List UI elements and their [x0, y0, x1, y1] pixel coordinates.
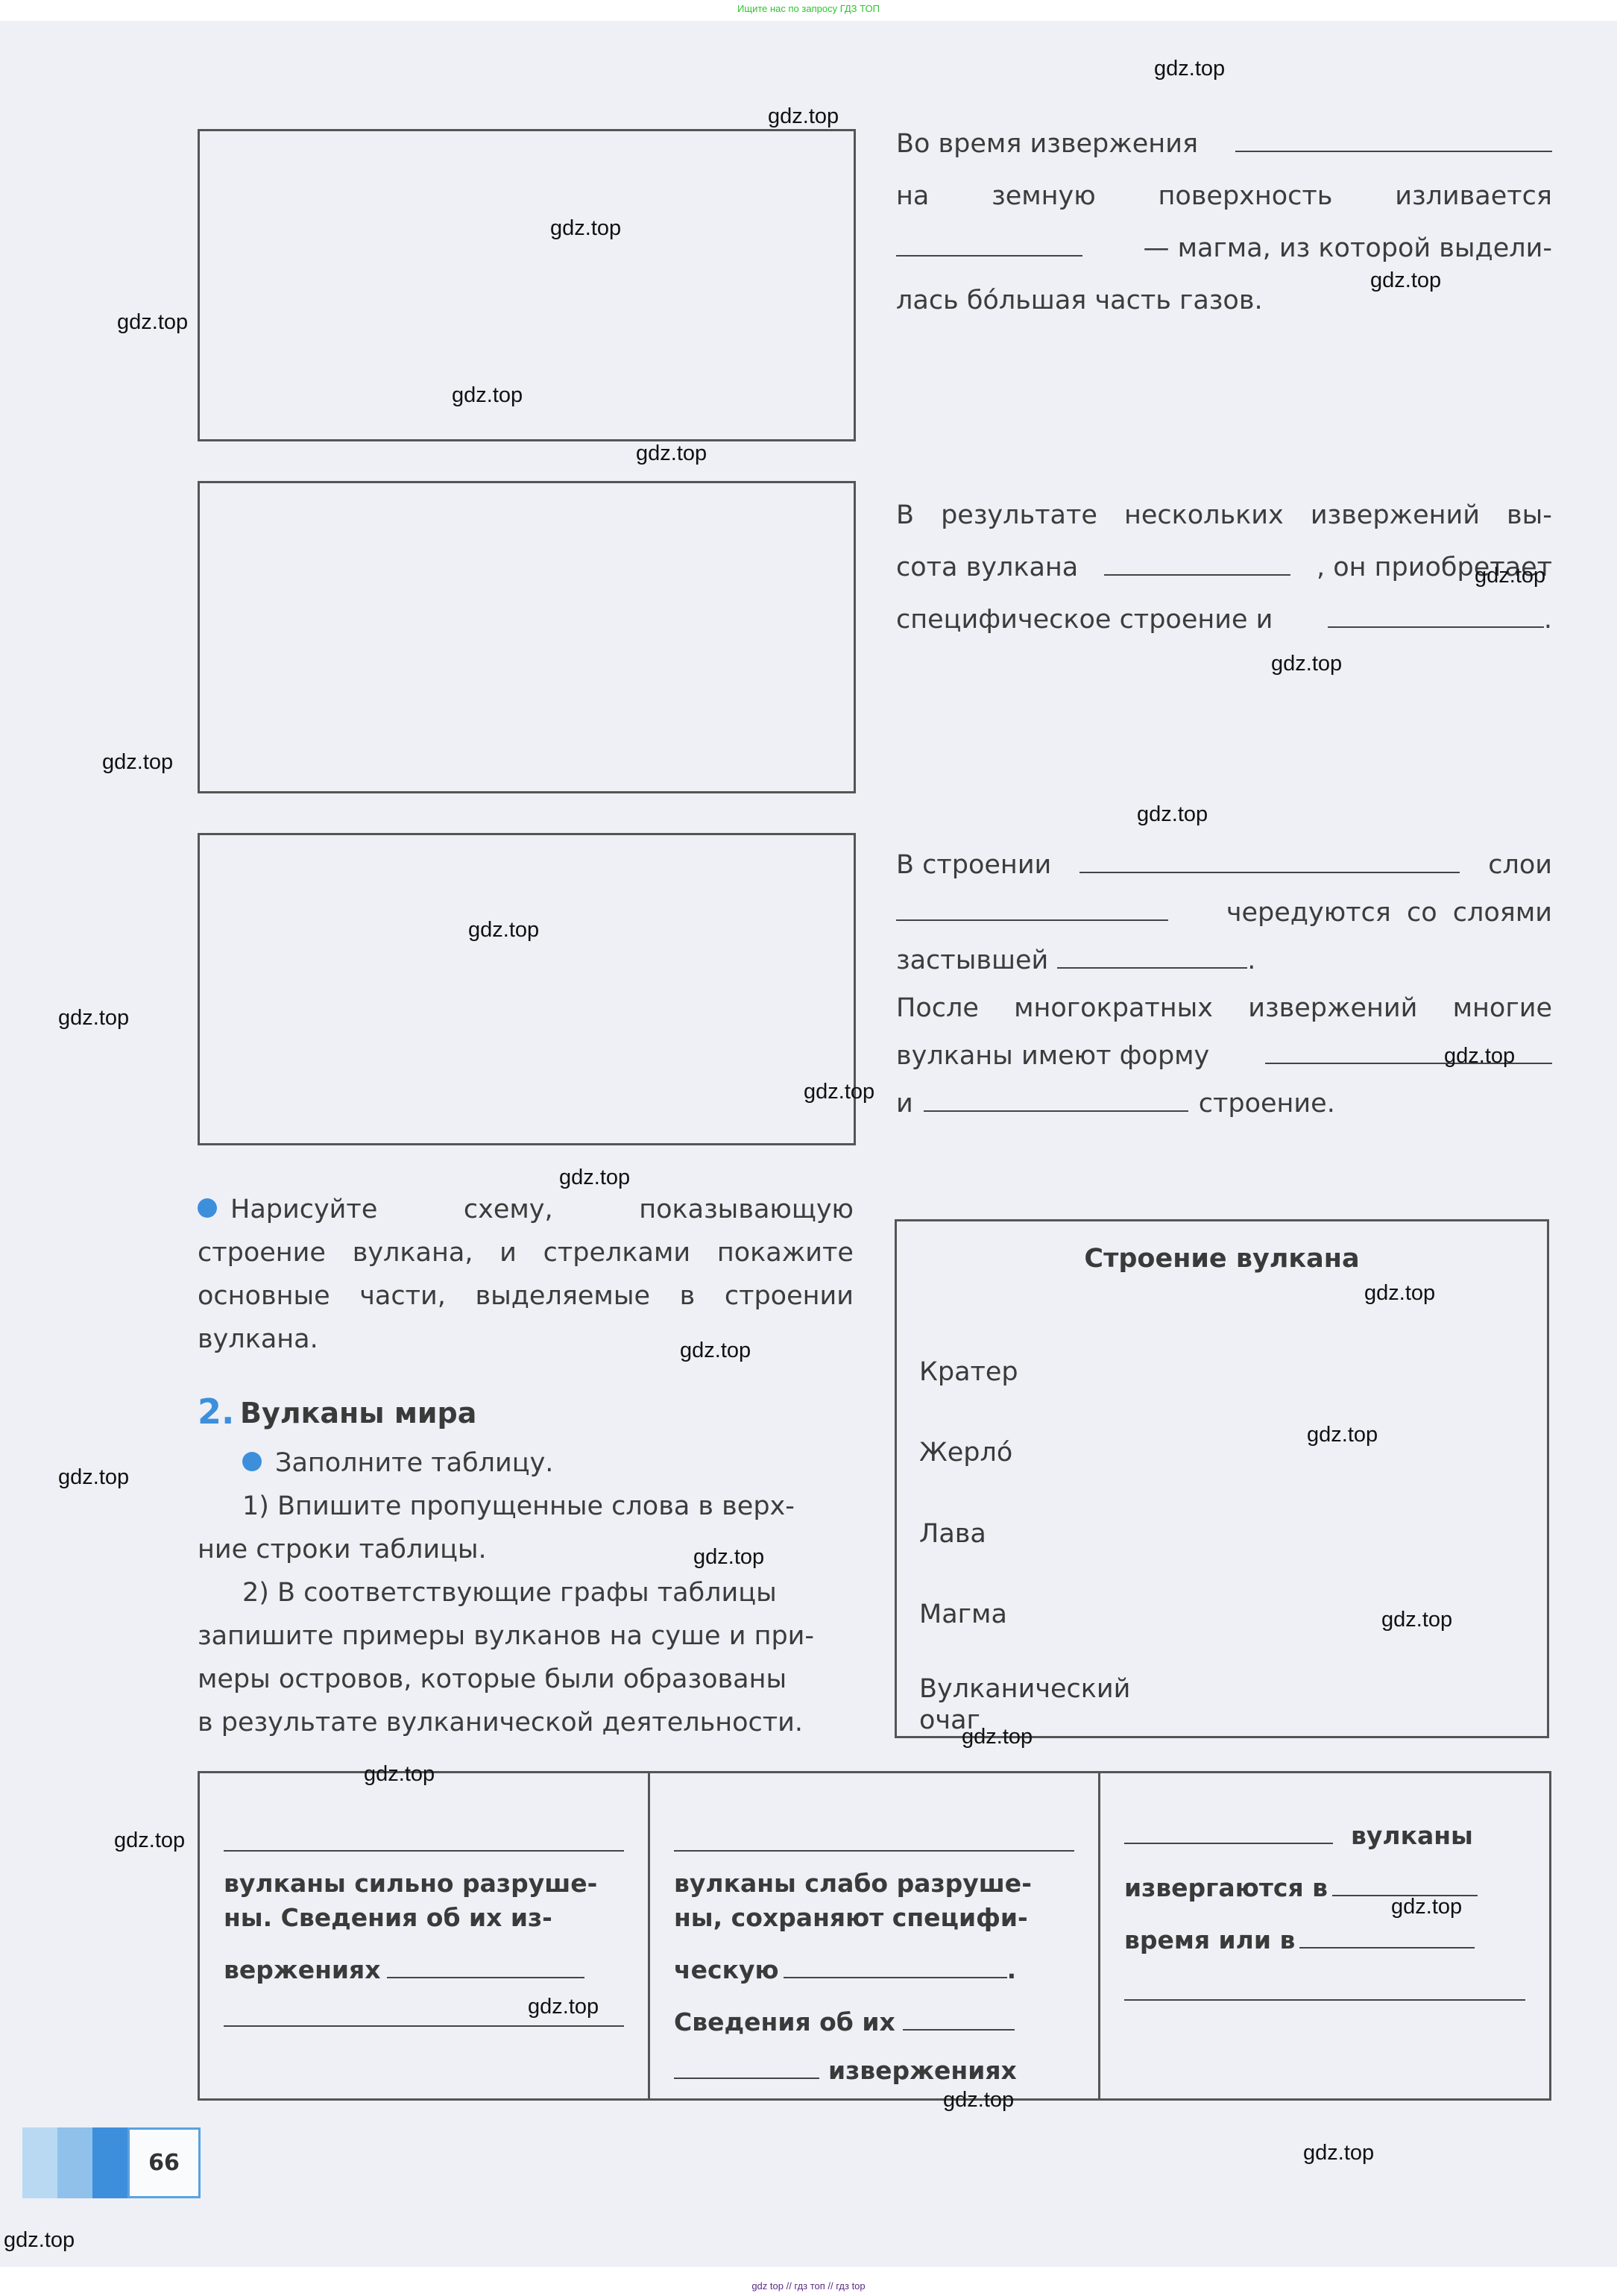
text-word: строение.: [1199, 1080, 1335, 1127]
step2-line1: 2) В соответствующие графы таблицы: [198, 1571, 854, 1614]
text-line: специфическое строение и: [896, 594, 1273, 646]
volcano-structure-title: Строение вулкана: [897, 1244, 1547, 1274]
watermark: gdz.top: [4, 2228, 75, 2253]
table-cell-extinct[interactable]: вулканы сильно разруше- ны. Сведения об …: [200, 1773, 650, 2098]
text-word: и: [896, 1080, 913, 1127]
watermark: gdz.top: [943, 2088, 1014, 2113]
text-word: вы-: [1507, 489, 1552, 541]
text-word: В: [896, 489, 914, 541]
answer-blank[interactable]: [1235, 128, 1552, 152]
step2-line4: в результате вулканической деятельности.: [198, 1701, 854, 1744]
watermark: gdz.top: [102, 750, 173, 775]
period: .: [1544, 605, 1552, 635]
watermark: gdz.top: [468, 918, 539, 943]
watermark: gdz.top: [559, 1166, 630, 1190]
watermark: gdz.top: [1303, 2141, 1374, 2166]
drawing-box-1[interactable]: [198, 129, 856, 441]
text-line: вулканы имеют форму: [896, 1032, 1209, 1080]
watermark: gdz.top: [768, 104, 839, 129]
text-word: нескольких: [1124, 489, 1284, 541]
answer-blank[interactable]: [1104, 552, 1290, 576]
part-lava: Лава: [919, 1517, 986, 1550]
text-word: поверхность: [1158, 170, 1332, 222]
text-word: результате: [941, 489, 1097, 541]
drawing-box-3[interactable]: [198, 833, 856, 1145]
part-crater: Кратер: [919, 1356, 1018, 1388]
bullet-icon: [242, 1452, 262, 1471]
page-number: 66: [127, 2127, 201, 2198]
text-line: В строении: [896, 841, 1051, 889]
cell-text: вержениях: [224, 1955, 381, 1984]
part-vent: Жерлó: [919, 1436, 1012, 1469]
cell-text: Сведения об их: [674, 2007, 895, 2036]
answer-blank[interactable]: [896, 233, 1082, 257]
paragraph-structure: В строении слои чередуются со слоями зас…: [896, 841, 1552, 1127]
section-number: 2.: [198, 1391, 234, 1432]
cell-text: время или в: [1124, 1925, 1295, 1954]
stripe-decor: [57, 2127, 92, 2198]
answer-blank[interactable]: [903, 2007, 1015, 2031]
watermark: gdz.top: [1391, 1895, 1462, 1919]
answer-blank[interactable]: [674, 2055, 819, 2079]
watermark: gdz.top: [58, 1465, 129, 1490]
text-word: строении: [725, 1274, 854, 1318]
answer-blank[interactable]: [1124, 1977, 1525, 2001]
cell-text: ны, сохраняют специфи-: [674, 1900, 1074, 1935]
watermark: gdz.top: [1364, 1281, 1435, 1306]
text-word: и: [499, 1231, 517, 1274]
stripe-decor: [92, 2127, 127, 2198]
period: .: [1247, 937, 1255, 984]
step2-line3: меры островов, которые были образованы: [198, 1658, 854, 1701]
table-cell-dormant[interactable]: вулканы слабо разруше- ны, сохраняют спе…: [650, 1773, 1100, 2098]
watermark: gdz.top: [680, 1339, 751, 1363]
volcanoes-table: вулканы сильно разруше- ны. Сведения об …: [198, 1771, 1551, 2101]
text-word: основные: [198, 1274, 330, 1318]
answer-blank[interactable]: [1079, 849, 1460, 873]
text-word: После: [896, 984, 979, 1032]
page-number-badge: 66: [22, 2127, 201, 2198]
watermark: gdz.top: [1370, 268, 1441, 293]
watermark: gdz.top: [364, 1762, 435, 1787]
watermark: gdz.top: [114, 1828, 185, 1853]
answer-blank[interactable]: [1332, 1872, 1478, 1896]
cell-text: вулканы слабо разруше-: [674, 1866, 1074, 1901]
bottom-banner: gdz top // гдз топ // гдз top: [0, 2280, 1617, 2292]
answer-blank[interactable]: [924, 1088, 1188, 1112]
text-word: на: [896, 170, 929, 222]
text-word: Нарисуйте: [230, 1195, 377, 1224]
watermark: gdz.top: [962, 1725, 1033, 1749]
text-line: лась бóльшая часть газов.: [896, 274, 1263, 327]
section-title: Вулканы мира: [240, 1397, 476, 1430]
text-word: изливается: [1395, 170, 1552, 222]
text-line: вулкана.: [198, 1318, 318, 1361]
watermark: gdz.top: [1137, 802, 1208, 827]
watermark: gdz.top: [452, 383, 523, 408]
text-word: земную: [992, 170, 1096, 222]
part-magma: Магма: [919, 1598, 1007, 1631]
period: .: [1007, 1955, 1017, 1984]
step2-line2: запишите примеры вулканов на суше и при-: [198, 1614, 854, 1658]
watermark: gdz.top: [117, 310, 188, 335]
text-line: застывшей: [896, 937, 1048, 984]
cell-text: ческую: [674, 1955, 779, 1984]
cell-text: вулканы: [1351, 1821, 1473, 1850]
text-line: Во время извержения: [896, 118, 1198, 170]
text-word: показывающую: [639, 1188, 854, 1231]
cell-text: извержениях: [828, 2056, 1017, 2085]
answer-blank[interactable]: [1124, 1820, 1333, 1844]
part-volcanic-chamber: Вулканический: [919, 1673, 1130, 1705]
watermark: gdz.top: [528, 1995, 599, 2019]
watermark: gdz.top: [1475, 564, 1545, 588]
text-word: извержений: [1248, 984, 1417, 1032]
text-word: многие: [1453, 984, 1552, 1032]
volcano-structure-box[interactable]: Строение вулкана Кратер Жерлó Лава Магма…: [895, 1219, 1549, 1738]
text-word: извержений: [1311, 489, 1480, 541]
watermark: gdz.top: [1444, 1044, 1515, 1069]
watermark: gdz.top: [693, 1545, 764, 1570]
answer-blank[interactable]: [387, 1954, 584, 1978]
cell-text: извергаются в: [1124, 1873, 1328, 1902]
text-word: покажите: [717, 1231, 854, 1274]
text-word: стрелками: [543, 1231, 691, 1274]
instruction-text: Заполните таблицу.: [275, 1448, 553, 1478]
text-word: вулкана,: [353, 1231, 473, 1274]
text-word: слои: [1488, 841, 1552, 889]
top-banner: Ищите нас по запросу ГДЗ ТОП: [0, 3, 1617, 14]
text-word: выделяемые: [475, 1274, 650, 1318]
watermark: gdz.top: [58, 1006, 129, 1031]
task-draw-volcano: Нарисуйте схему, показывающую строение в…: [198, 1188, 854, 1361]
text-line: чередуются со слоями: [1226, 889, 1552, 937]
text-line: сота вулкана: [896, 541, 1078, 594]
step1-line1: 1) Впишите пропущенные слова в верх-: [198, 1485, 854, 1528]
cell-text: вулканы сильно разруше-: [224, 1866, 624, 1901]
watermark: gdz.top: [1271, 652, 1342, 676]
text-word: многократных: [1014, 984, 1213, 1032]
workbook-page: Во время извержения на земную поверхност…: [0, 21, 1617, 2267]
answer-blank[interactable]: [674, 1828, 1074, 1852]
watermark: gdz.top: [550, 216, 621, 241]
watermark: gdz.top: [1381, 1608, 1452, 1632]
bullet-icon: [198, 1198, 217, 1218]
answer-blank[interactable]: [784, 1954, 1007, 1978]
watermark: gdz.top: [636, 441, 707, 466]
text-line: — магма, из которой выдели-: [1143, 222, 1552, 274]
answer-blank[interactable]: [1299, 1925, 1475, 1949]
watermark: gdz.top: [804, 1080, 874, 1104]
stripe-decor: [22, 2127, 57, 2198]
paragraph-height: В результате нескольких извержений вы- с…: [896, 489, 1552, 646]
text-word: схему,: [464, 1188, 553, 1231]
text-word: в: [680, 1274, 696, 1318]
answer-blank[interactable]: [1328, 604, 1544, 628]
text-word: строение: [198, 1231, 326, 1274]
answer-blank[interactable]: [896, 897, 1168, 921]
cell-text: ны. Сведения об их из-: [224, 1900, 624, 1935]
answer-blank[interactable]: [1057, 945, 1247, 969]
answer-blank[interactable]: [224, 1828, 624, 1852]
section2-instructions: Заполните таблицу. 1) Впишите пропущенны…: [198, 1441, 854, 1744]
drawing-box-2[interactable]: [198, 481, 856, 793]
text-word: части,: [359, 1274, 446, 1318]
paragraph-eruption: Во время извержения на земную поверхност…: [896, 118, 1552, 327]
watermark: gdz.top: [1307, 1423, 1378, 1447]
table-cell-active[interactable]: вулканы извергаются в время или в: [1100, 1773, 1549, 2098]
watermark: gdz.top: [1154, 57, 1225, 81]
